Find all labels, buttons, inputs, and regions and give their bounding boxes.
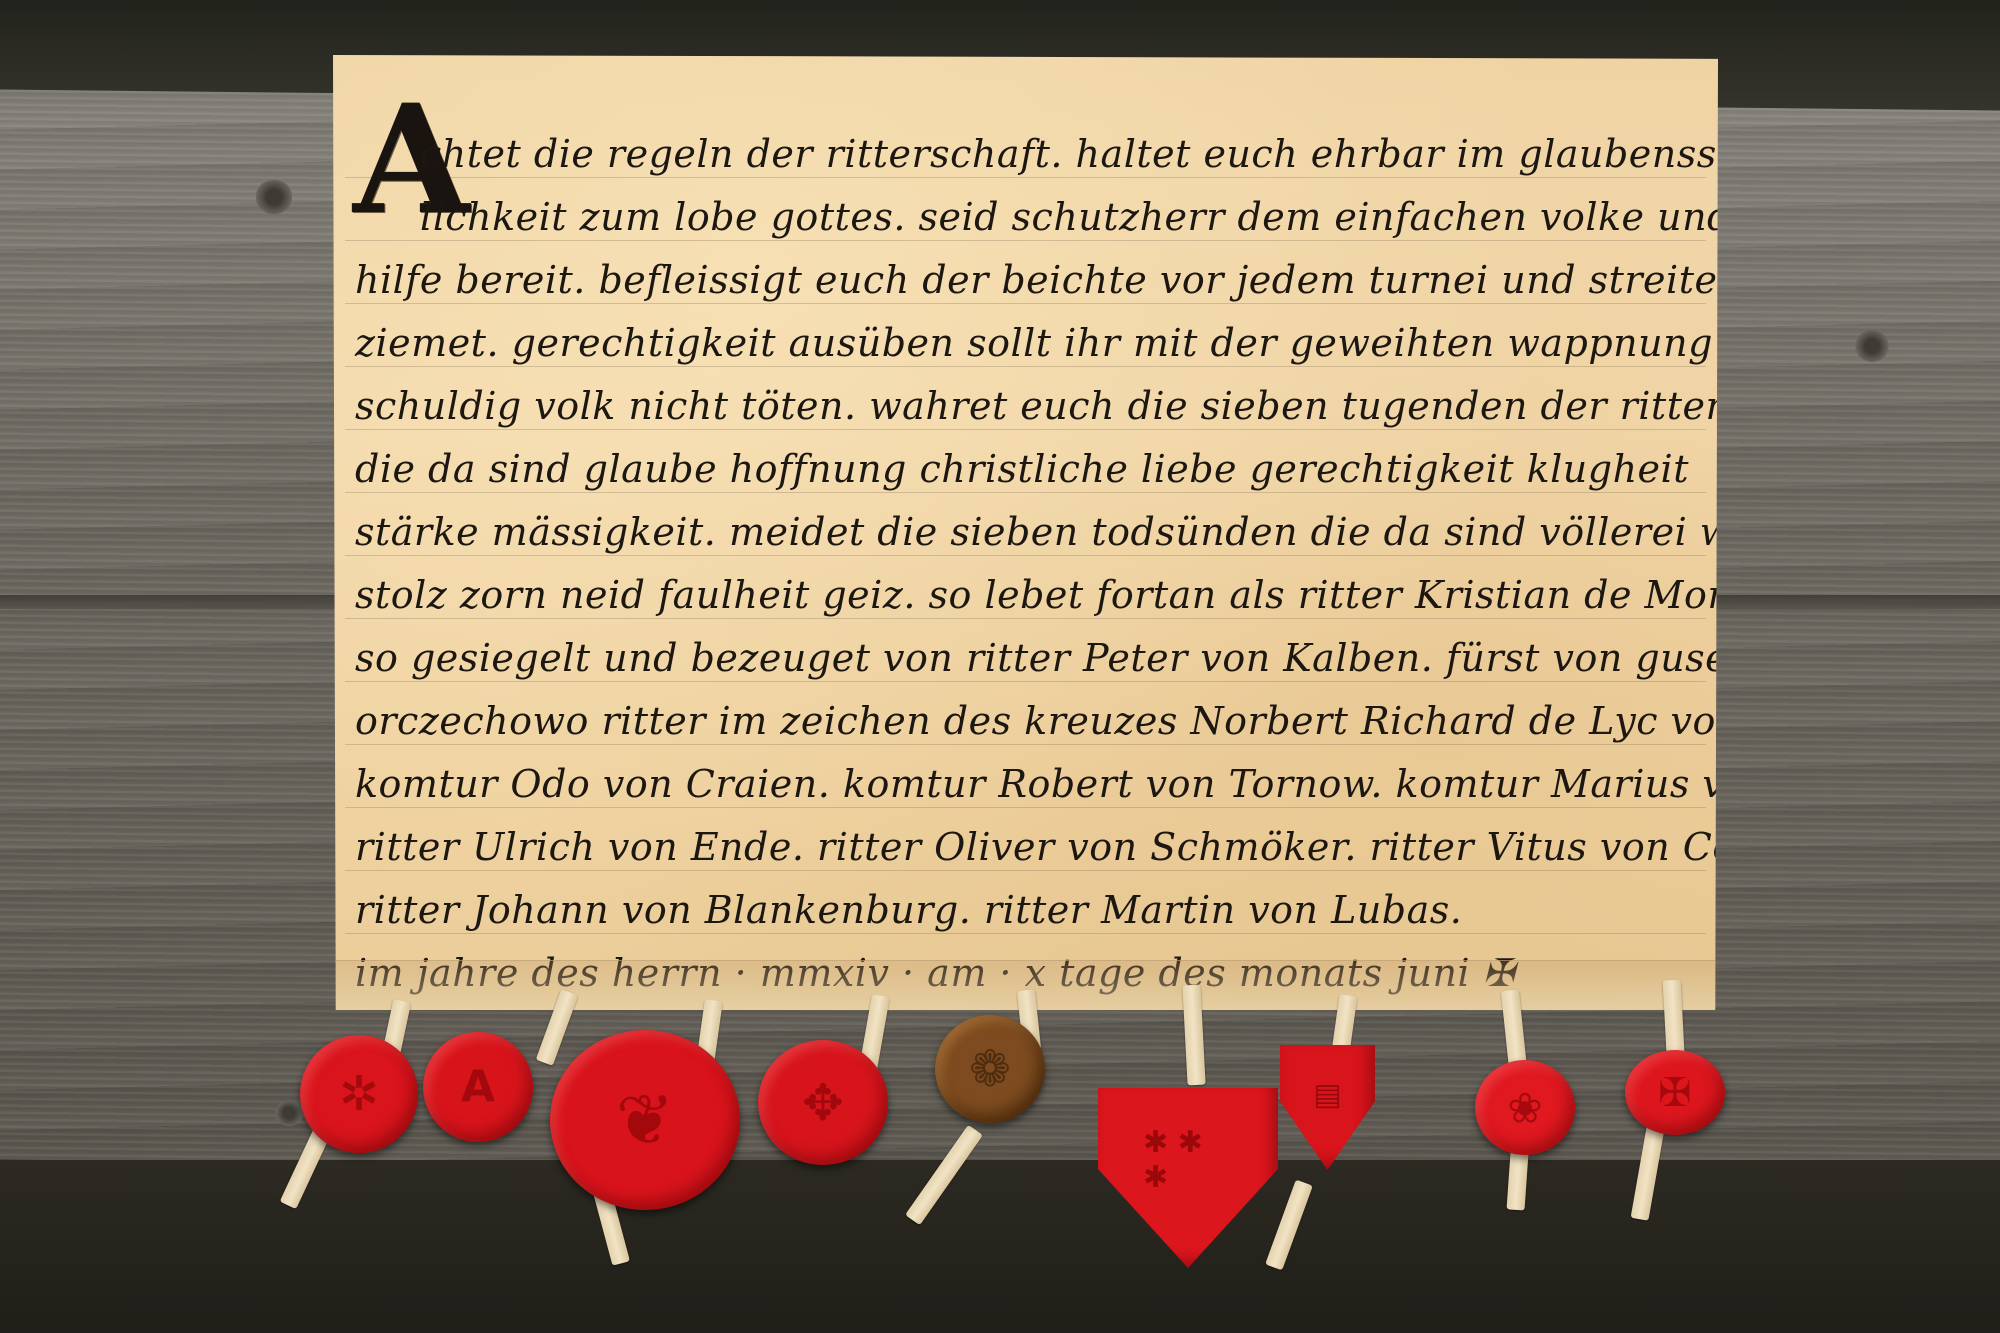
text-line: die da sind glaube hoffnung christliche … xyxy=(355,450,1689,488)
seal-emblem: ❦ xyxy=(616,1079,675,1161)
wax-seal-red: ✠ xyxy=(1625,1050,1725,1135)
wax-seal-red-large: ❦ xyxy=(550,1030,740,1210)
wax-seal-brown: ❁ xyxy=(935,1015,1045,1123)
ruling-line xyxy=(345,429,1706,430)
wood-knot xyxy=(275,1100,303,1126)
text-line: so gesiegelt und bezeuget von ritter Pet… xyxy=(355,639,1942,677)
parchment-fold xyxy=(333,960,1718,1011)
parchment-charter: A chtet die regeln der ritterschaft. hal… xyxy=(333,55,1718,1010)
text-line: schuldig volk nicht töten. wahret euch d… xyxy=(355,387,1844,425)
ruling-line xyxy=(345,366,1706,367)
seal-emblem: ❁ xyxy=(969,1040,1011,1098)
seal-emblem: ❀ xyxy=(1507,1083,1542,1132)
wax-seal-red: ✥ xyxy=(758,1040,888,1165)
seal-emblem: ✱ ✱ ✱ xyxy=(1143,1125,1233,1195)
ruling-line xyxy=(345,870,1706,871)
wax-seal-red: ❀ xyxy=(1475,1060,1575,1155)
seal-emblem: ✲ xyxy=(339,1066,379,1122)
seal-emblem: ▤ xyxy=(1313,1078,1341,1113)
seal-emblem: A xyxy=(461,1062,495,1113)
ruling-line xyxy=(345,240,1706,241)
ruling-line xyxy=(345,933,1706,934)
wax-seal-red: A xyxy=(423,1032,533,1142)
seal-emblem: ✥ xyxy=(802,1074,844,1132)
text-line: stärke mässigkeit. meidet die sieben tod… xyxy=(355,513,1842,551)
text-line: ritter Johann von Blankenburg. ritter Ma… xyxy=(355,891,1462,929)
ruling-line xyxy=(345,177,1706,178)
text-line: ziemet. gerechtigkeit ausüben sollt ihr … xyxy=(355,324,1876,362)
text-line: stolz zorn neid faulheit geiz. so lebet … xyxy=(355,576,1804,614)
wood-knot xyxy=(255,180,293,214)
text-line: orczechowo ritter im zeichen des kreuzes… xyxy=(355,702,1954,740)
ruling-line xyxy=(345,303,1706,304)
ruling-line xyxy=(345,807,1706,808)
ruling-line xyxy=(345,492,1706,493)
wood-knot xyxy=(1855,330,1889,362)
text-line: komtur Odo von Craien. komtur Robert von… xyxy=(355,765,1930,803)
ruling-line xyxy=(345,681,1706,682)
ruling-line xyxy=(345,618,1706,619)
wax-seal-red: ✲ xyxy=(300,1035,418,1153)
dark-background-bottom xyxy=(0,1160,2000,1333)
ruling-line xyxy=(345,744,1706,745)
text-line: ritter Ulrich von Ende. ritter Oliver vo… xyxy=(355,828,1834,866)
seal-emblem: ✠ xyxy=(1658,1070,1692,1116)
ruling-line xyxy=(345,555,1706,556)
